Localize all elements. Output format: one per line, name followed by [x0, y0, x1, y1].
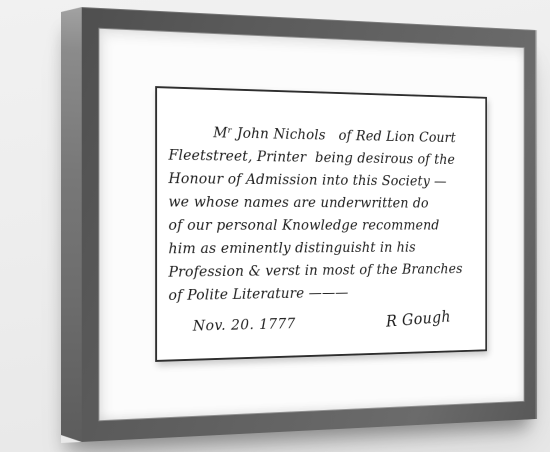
manuscript-line-6: him as eminently distinguisht in his	[168, 236, 475, 260]
manuscript-footer: Nov. 20. 1777 R Gough	[168, 309, 475, 335]
framed-manuscript: Mʳ John Nichols of Red Lion Court Fleets…	[61, 6, 537, 443]
manuscript-text-block: Mʳ John Nichols of Red Lion Court Fleets…	[168, 120, 475, 307]
frame-left-side-face	[61, 6, 82, 443]
manuscript-line-7: Profession & verst in most of the Branch…	[168, 258, 475, 284]
manuscript-line-5: of our personal Knowledge recommend	[168, 213, 475, 236]
mat-board: Mʳ John Nichols of Red Lion Court Fleets…	[99, 29, 523, 420]
manuscript-date: Nov. 20. 1777	[193, 315, 296, 335]
manuscript-signature: R Gough	[386, 308, 452, 332]
photo-background: Mʳ John Nichols of Red Lion Court Fleets…	[0, 0, 550, 452]
manuscript-line-3: Honour of Admission into this Society —	[168, 166, 475, 192]
picture-frame: Mʳ John Nichols of Red Lion Court Fleets…	[82, 7, 537, 442]
frame-right-edge-highlight	[536, 30, 538, 419]
manuscript-line-8: of Polite Literature ———	[168, 279, 475, 307]
manuscript-line-4: we whose names are underwritten do	[168, 190, 475, 214]
manuscript-document: Mʳ John Nichols of Red Lion Court Fleets…	[155, 86, 487, 362]
